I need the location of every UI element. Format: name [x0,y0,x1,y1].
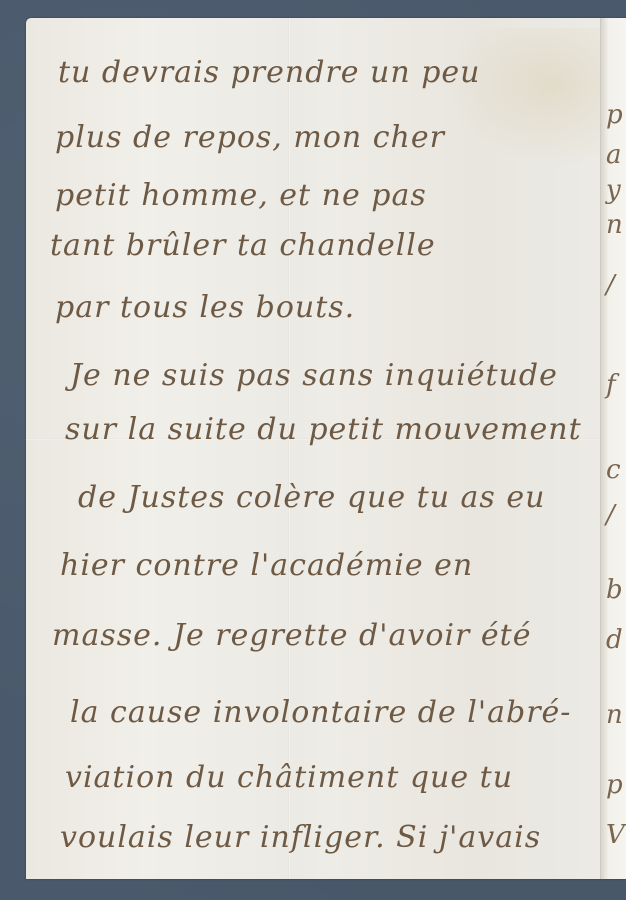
text-line: tu devrais prendre un peu [58,55,481,90]
edge-text-fragment: p [606,770,623,800]
text-line: tant brûler ta chandelle [50,228,436,263]
text-line: masse. Je regrette d'avoir été [52,618,531,653]
edge-text-fragment: f [606,370,616,400]
edge-text-fragment: a [606,140,622,170]
edge-text-fragment: c [606,455,621,485]
edge-text-fragment: n [606,700,623,730]
handwritten-text: tu devrais prendre un peu plus de repos,… [0,0,626,900]
text-line: plus de repos, mon cher [55,120,445,155]
text-line: voulais leur infliger. Si j'avais [60,820,541,855]
text-line: la cause involontaire de l'abré- [70,695,571,730]
edge-text-fragment: p [606,100,623,130]
edge-text-fragment: V [606,820,625,850]
text-line: Je ne suis pas sans inquiétude [70,358,558,393]
edge-text-fragment: / [606,500,615,530]
edge-text-fragment: d [606,625,623,655]
text-line: par tous les bouts. [55,290,355,325]
edge-text-fragment: / [606,270,615,300]
text-line: sur la suite du petit mouvement [65,412,582,447]
text-line: de Justes colère que tu as eu [78,480,545,515]
edge-text-fragment: n [606,210,623,240]
edge-text-fragment: y [606,175,621,205]
text-line: petit homme, et ne pas [55,178,427,213]
text-line: hier contre l'académie en [60,548,473,583]
edge-text-fragment: b [606,575,623,605]
text-line: viation du châtiment que tu [65,760,513,795]
